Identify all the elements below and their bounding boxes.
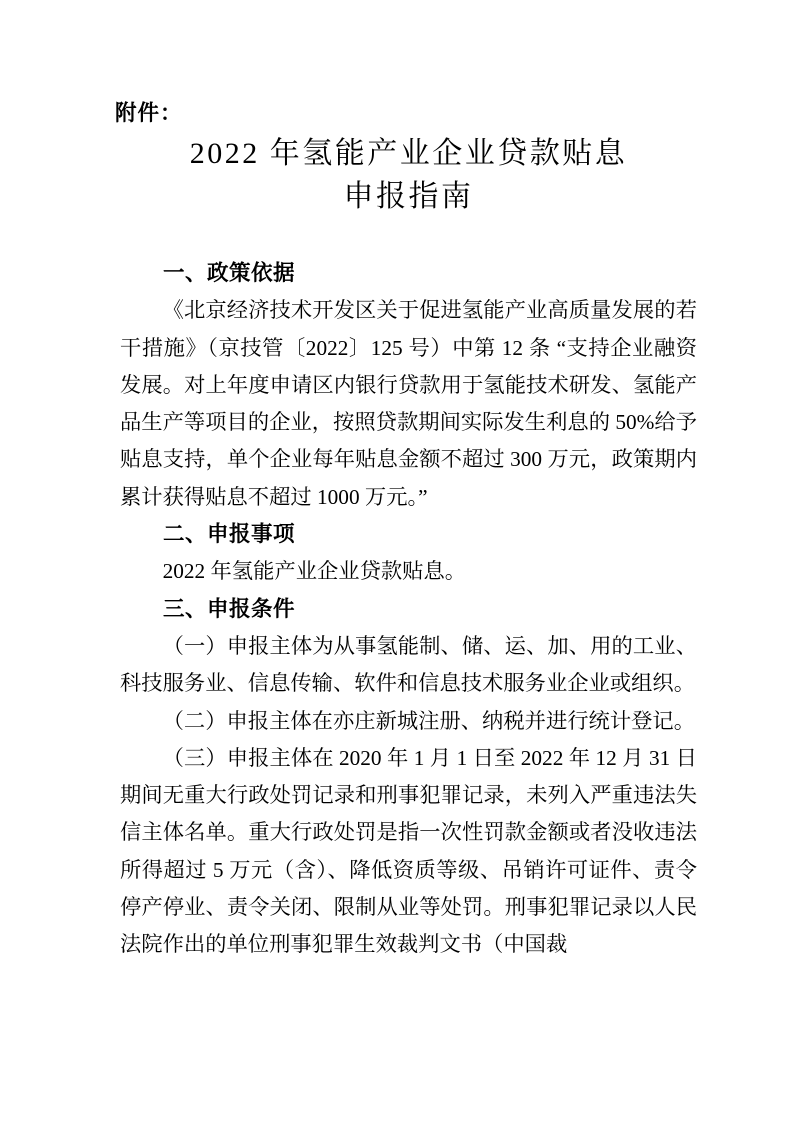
- condition-paragraph-3: （三）申报主体在 2020 年 1 月 1 日至 2022 年 12 月 31 …: [120, 740, 697, 964]
- attachment-label: 附件：: [115, 100, 183, 126]
- condition-paragraph-2: （二）申报主体在亦庄新城注册、纳税并进行统计登记。: [120, 703, 697, 740]
- application-items-paragraph: 2022 年氢能产业企业贷款贴息。: [120, 553, 697, 590]
- document-title: 2022 年氢能产业企业贷款贴息 申报指南: [120, 132, 697, 218]
- section-heading-application-conditions: 三、申报条件: [120, 591, 697, 628]
- condition-paragraph-1: （一）申报主体为从事氢能制、储、运、加、用的工业、科技服务业、信息传输、软件和信…: [120, 628, 697, 703]
- title-line-2: 申报指南: [120, 175, 697, 218]
- section-heading-policy-basis: 一、政策依据: [120, 255, 697, 292]
- title-line-1: 2022 年氢能产业企业贷款贴息: [120, 132, 697, 175]
- policy-basis-paragraph: 《北京经济技术开发区关于促进氢能产业高质量发展的若干措施》（京技管〔2022〕1…: [120, 292, 697, 516]
- document-body: 一、政策依据 《北京经济技术开发区关于促进氢能产业高质量发展的若干措施》（京技管…: [120, 255, 697, 964]
- section-heading-application-items: 二、申报事项: [120, 516, 697, 553]
- document-page: 附件： 2022 年氢能产业企业贷款贴息 申报指南 一、政策依据 《北京经济技术…: [0, 0, 794, 1123]
